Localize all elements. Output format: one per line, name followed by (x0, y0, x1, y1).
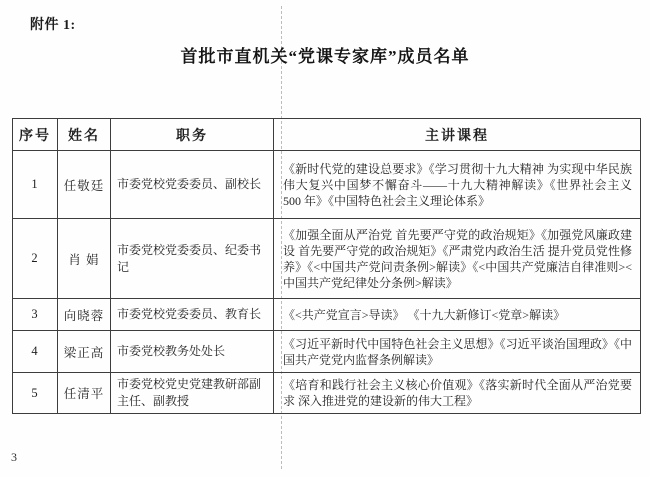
page-number: 3 (11, 450, 17, 465)
column-header-position: 职务 (111, 119, 274, 151)
cell-position: 市委党校教务处处长 (111, 331, 274, 373)
cell-name: 梁正高 (58, 331, 111, 373)
column-header-courses: 主讲课程 (274, 119, 641, 151)
page-title: 首批市直机关“党课专家库”成员名单 (0, 42, 650, 67)
table-row: 1 任敬廷 市委党校党委委员、副校长 《新时代党的建设总要求》《学习贯彻十九大精… (13, 151, 641, 219)
cell-position: 市委党校党史党建教研部副主任、副教授 (111, 373, 274, 414)
cell-position: 市委党校党委委员、副校长 (111, 151, 274, 219)
cell-no: 2 (13, 219, 58, 299)
column-header-no: 序号 (13, 119, 58, 151)
cell-courses: 《习近平新时代中国特色社会主义思想》《习近平谈治国理政》《中国共产党党内监督条例… (274, 331, 641, 373)
cell-name: 任敬廷 (58, 151, 111, 219)
expert-roster-table: 序号 姓名 职务 主讲课程 1 任敬廷 市委党校党委委员、副校长 《新时代党的建… (12, 118, 641, 414)
column-header-name: 姓名 (58, 119, 111, 151)
cell-courses: 《<共产党宣言>导读》 《十九大新修订<党章>解读》 (274, 299, 641, 331)
table-row: 3 向晓蓉 市委党校党委委员、教育长 《<共产党宣言>导读》 《十九大新修订<党… (13, 299, 641, 331)
table-row: 2 肖 娟 市委党校党委委员、纪委书记 《加强全面从严治党 首先要严守党的政治规… (13, 219, 641, 299)
cell-no: 5 (13, 373, 58, 414)
cell-courses: 《加强全面从严治党 首先要严守党的政治规矩》《加强党风廉政建设 首先要严守党的政… (274, 219, 641, 299)
scanned-document-page: 附件 1: 首批市直机关“党课专家库”成员名单 序号 姓名 职务 主讲课程 1 … (0, 0, 650, 477)
table-header-row: 序号 姓名 职务 主讲课程 (13, 119, 641, 151)
cell-position: 市委党校党委委员、教育长 (111, 299, 274, 331)
cell-no: 1 (13, 151, 58, 219)
cell-courses: 《新时代党的建设总要求》《学习贯彻十九大精神 为实现中华民族伟大复兴中国梦不懈奋… (274, 151, 641, 219)
cell-no: 4 (13, 331, 58, 373)
table-row: 5 任清平 市委党校党史党建教研部副主任、副教授 《培育和践行社会主义核心价值观… (13, 373, 641, 414)
cell-name: 向晓蓉 (58, 299, 111, 331)
cell-no: 3 (13, 299, 58, 331)
cell-position: 市委党校党委委员、纪委书记 (111, 219, 274, 299)
cell-name: 任清平 (58, 373, 111, 414)
attachment-label: 附件 1: (30, 14, 76, 34)
cell-name: 肖 娟 (58, 219, 111, 299)
cell-courses: 《培育和践行社会主义核心价值观》《落实新时代全面从严治党要求 深入推进党的建设新… (274, 373, 641, 414)
table-row: 4 梁正高 市委党校教务处处长 《习近平新时代中国特色社会主义思想》《习近平谈治… (13, 331, 641, 373)
